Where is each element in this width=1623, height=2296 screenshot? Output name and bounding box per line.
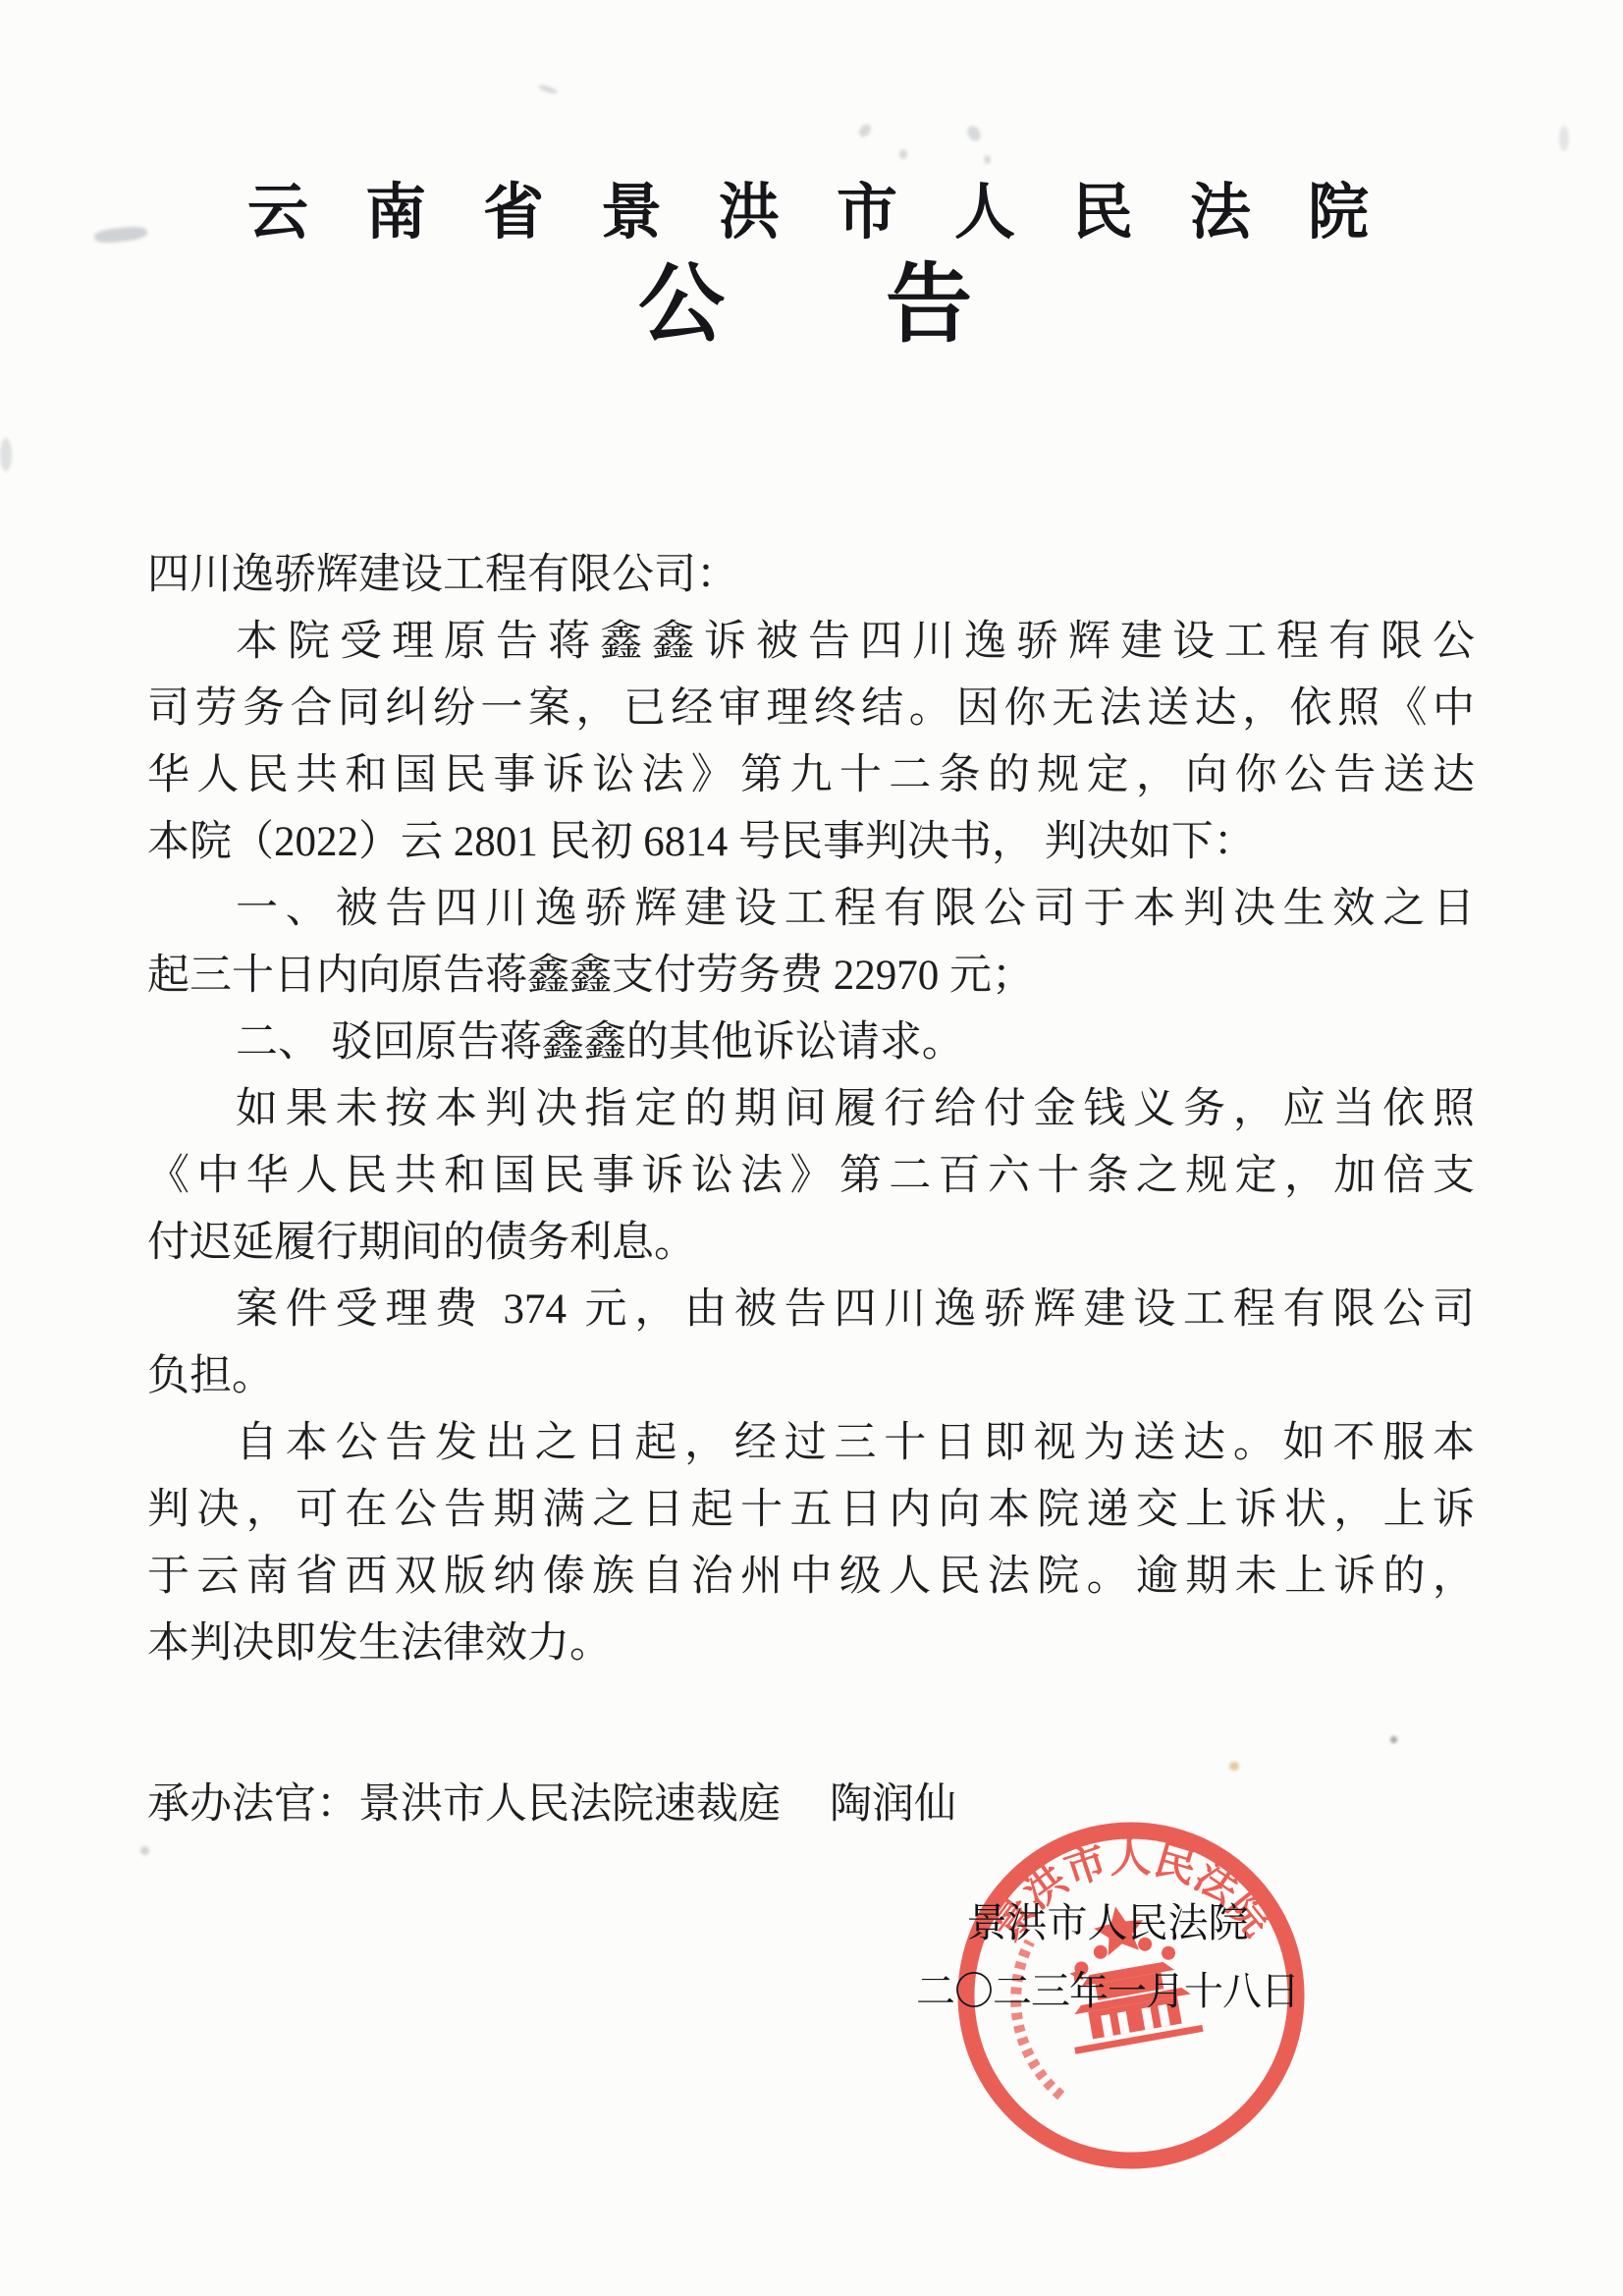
scan-smudge xyxy=(0,438,12,471)
body-line: 自本公告发出之日起，经过三十日即视为送达。如不服本 xyxy=(147,1410,1475,1477)
page-title-doctype: 公 告 xyxy=(638,236,1009,359)
scan-smudge xyxy=(93,225,147,245)
body-line: 负担。 xyxy=(147,1343,1475,1410)
body-line: 本院受理原告蒋鑫鑫诉被告四川逸骄辉建设工程有限公 xyxy=(147,609,1475,676)
scan-smudge xyxy=(538,83,559,95)
body-line: 案件受理费 374 元，由被告四川逸骄辉建设工程有限公司 xyxy=(147,1277,1475,1343)
body-line: 司劳务合同纠纷一案，已经审理终结。因你无法送达，依照《中 xyxy=(147,676,1475,742)
judge-line: 承办法官：景洪市人民法院速裁庭 陶润仙 xyxy=(147,1772,956,1838)
scan-smudge xyxy=(1229,1762,1239,1771)
scan-smudge xyxy=(857,122,874,138)
body-line: 付迟延履行期间的债务利息。 xyxy=(147,1210,1475,1277)
body-line: 本判决即发生法律效力。 xyxy=(147,1611,1475,1677)
scan-smudge xyxy=(899,149,907,159)
scan-smudge xyxy=(965,124,983,143)
body-line: 起三十日内向原告蒋鑫鑫支付劳务费 22970 元； xyxy=(147,943,1475,1010)
signature-date: 二〇二三年一月十八日 xyxy=(909,1968,1306,2015)
scan-smudge xyxy=(1390,1736,1397,1743)
body-line: 二、 驳回原告蒋鑫鑫的其他诉讼请求。 xyxy=(147,1010,1475,1076)
body-line: 于云南省西双版纳傣族自治州中级人民法院。逾期未上诉的， xyxy=(147,1544,1475,1611)
body-line: 判决，可在公告期满之日起十五日内向本院递交上诉状，上诉 xyxy=(147,1477,1475,1544)
body-lines: 四川逸骄辉建设工程有限公司：本院受理原告蒋鑫鑫诉被告四川逸骄辉建设工程有限公司劳… xyxy=(147,542,1475,1677)
body-line: 本院（2022）云 2801 民初 6814 号民事判决书， 判决如下： xyxy=(147,809,1475,876)
body-line: 华人民共和国民事诉讼法》第九十二条的规定，向你公告送达 xyxy=(147,742,1475,809)
signature-court: 景洪市人民法院 xyxy=(909,1899,1306,1946)
announcement-page: 云南省景洪市人民法院 公 告 四川逸骄辉建设工程有限公司：本院受理原告蒋鑫鑫诉被… xyxy=(0,0,1623,2296)
body-line: 一、被告四川逸骄辉建设工程有限公司于本判决生效之日 xyxy=(147,876,1475,943)
scan-smudge xyxy=(984,155,991,164)
body-line: 《中华人民共和国民事诉讼法》第二百六十条之规定，加倍支 xyxy=(147,1143,1475,1210)
body-line: 四川逸骄辉建设工程有限公司： xyxy=(147,542,1475,609)
judge-label: 承办法官：景洪市人民法院速裁庭 xyxy=(147,1772,781,1838)
scan-smudge xyxy=(1559,126,1569,151)
scan-smudge xyxy=(140,1846,149,1855)
body-line: 如果未按本判决指定的期间履行给付金钱义务，应当依照 xyxy=(147,1076,1475,1143)
signature-block: 景洪市人民法院 二〇二三年一月十八日 xyxy=(909,1899,1306,2015)
judge-name: 陶润仙 xyxy=(830,1772,956,1838)
